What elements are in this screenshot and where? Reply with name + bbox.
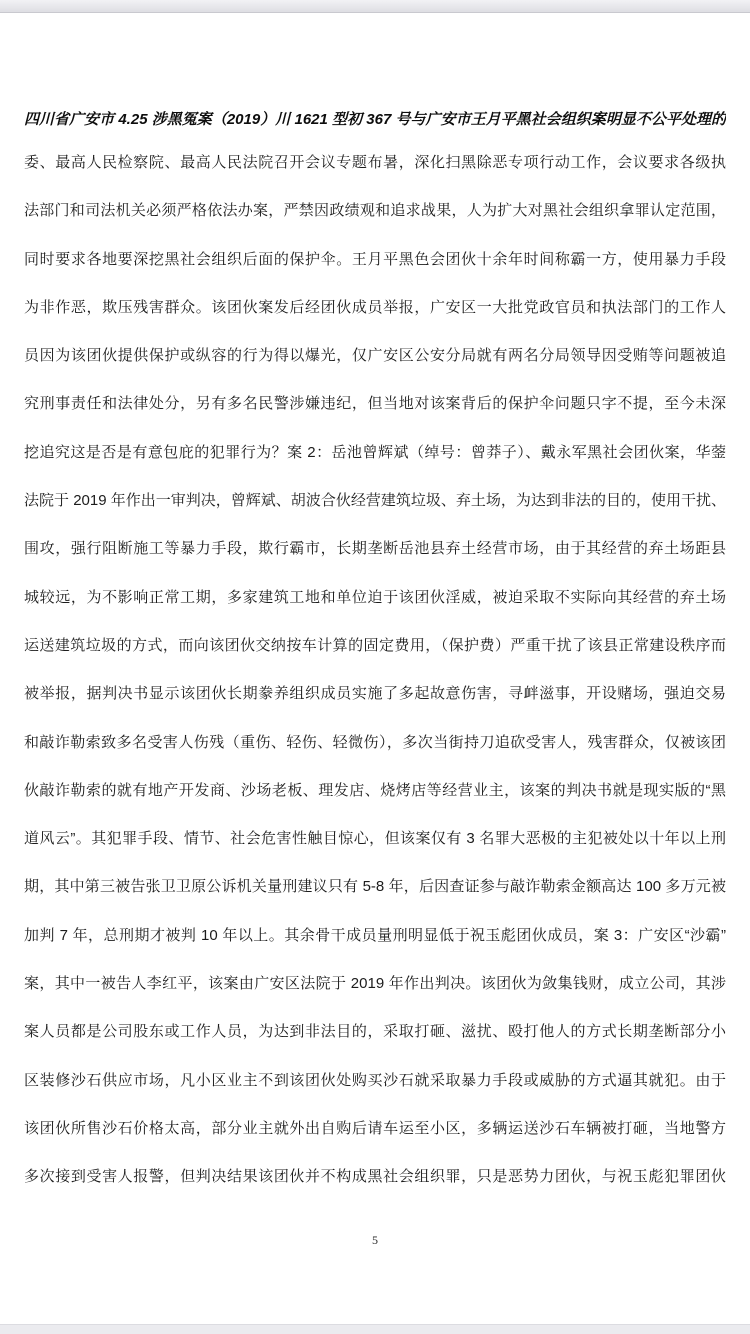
top-chrome-bar	[0, 0, 750, 13]
body-line: 案，其中一被告人李红平，该案由广安区法院于 2019 年作出判决。该团伙为敛集钱…	[24, 960, 726, 1008]
body-line: 区装修沙石供应市场，凡小区业主不到该团伙处购买沙石就采取暴力手段或威胁的方式逼其…	[24, 1057, 726, 1105]
body-line: 被举报，据判决书显示该团伙长期豢养组织成员实施了多起故意伤害，寻衅滋事，开设赌场…	[24, 670, 726, 718]
document-body: 委、最高人民检察院、最高人民法院召开会议专题布暑，深化扫黑除恶专项行动工作，会议…	[24, 139, 726, 1202]
body-line: 道风云”。其犯罪手段、情节、社会危害性触目惊心，但该案仅有 3 名罪大恶极的主犯…	[24, 815, 726, 863]
body-line: 究刑事责任和法律处分，另有多名民警涉嫌违纪，但当地对该案背后的保护伞问题只字不提…	[24, 380, 726, 428]
body-line: 和敲诈勒索致多名受害人伤残（重伤、轻伤、轻微伤），多次当街持刀追砍受害人，残害群…	[24, 719, 726, 767]
body-line: 期，其中第三被告张卫卫原公诉机关量刑建议只有 5-8 年，后因查证参与敲诈勒索金…	[24, 863, 726, 911]
body-line: 委、最高人民检察院、最高人民法院召开会议专题布暑，深化扫黑除恶专项行动工作，会议…	[24, 139, 726, 187]
body-line: 员因为该团伙提供保护或纵容的行为得以爆光，仅广安区公安分局就有两名分局领导因受贿…	[24, 332, 726, 380]
body-line: 加判 7 年，总刑期才被判 10 年以上。其余骨干成员量刑明显低于祝玉彪团伙成员…	[24, 912, 726, 960]
body-line: 城较远，为不影响正常工期，多家建筑工地和单位迫于该团伙淫威，被迫采取不实际向其经…	[24, 574, 726, 622]
document-viewer: 四川省广安市 4.25 涉黑冤案（2019）川 1621 型初 367 号与广安…	[0, 0, 750, 1334]
page-number: 5	[0, 1233, 750, 1248]
body-line: 围攻，强行阻断施工等暴力手段，欺行霸市，长期垄断岳池县弃土经营市场，由于其经营的…	[24, 525, 726, 573]
body-line: 为非作恶，欺压残害群众。该团伙案发后经团伙成员举报，广安区一大批党政官员和执法部…	[24, 284, 726, 332]
bottom-chrome-bar	[0, 1324, 750, 1334]
document-title: 四川省广安市 4.25 涉黑冤案（2019）川 1621 型初 367 号与广安…	[24, 109, 726, 131]
body-line: 挖追究这是否是有意包庇的犯罪行为？案 2：岳池曾辉斌（绰号：曾莽子）、戴永军黑社…	[24, 429, 726, 477]
body-line: 伙敲诈勒索的就有地产开发商、沙场老板、理发店、烧烤店等经营业主，该案的判决书就是…	[24, 767, 726, 815]
body-line: 该团伙所售沙石价格太高，部分业主就外出自购后请车运至小区，多辆运送沙石车辆被打砸…	[24, 1105, 726, 1153]
body-line: 运送建筑垃圾的方式，而向该团伙交纳按车计算的固定费用，（保护费）严重干扰了该县正…	[24, 622, 726, 670]
body-line: 案人员都是公司股东或工作人员，为达到非法目的，采取打砸、滋扰、殴打他人的方式长期…	[24, 1008, 726, 1056]
body-line: 多次接到受害人报警，但判决结果该团伙并不构成黑社会组织罪，只是恶势力团伙，与祝玉…	[24, 1153, 726, 1201]
body-line: 法部门和司法机关必须严格依法办案，严禁因政绩观和追求战果，人为扩大对黑社会组织拿…	[24, 187, 726, 235]
body-line: 法院于 2019 年作出一审判决，曾辉斌、胡波合伙经营建筑垃圾、弃土场，为达到非…	[24, 477, 726, 525]
document-page[interactable]: 四川省广安市 4.25 涉黑冤案（2019）川 1621 型初 367 号与广安…	[0, 13, 750, 1325]
body-line: 同时要求各地要深挖黑社会组织后面的保护伞。王月平黑色会团伙十余年时间称霸一方，使…	[24, 236, 726, 284]
